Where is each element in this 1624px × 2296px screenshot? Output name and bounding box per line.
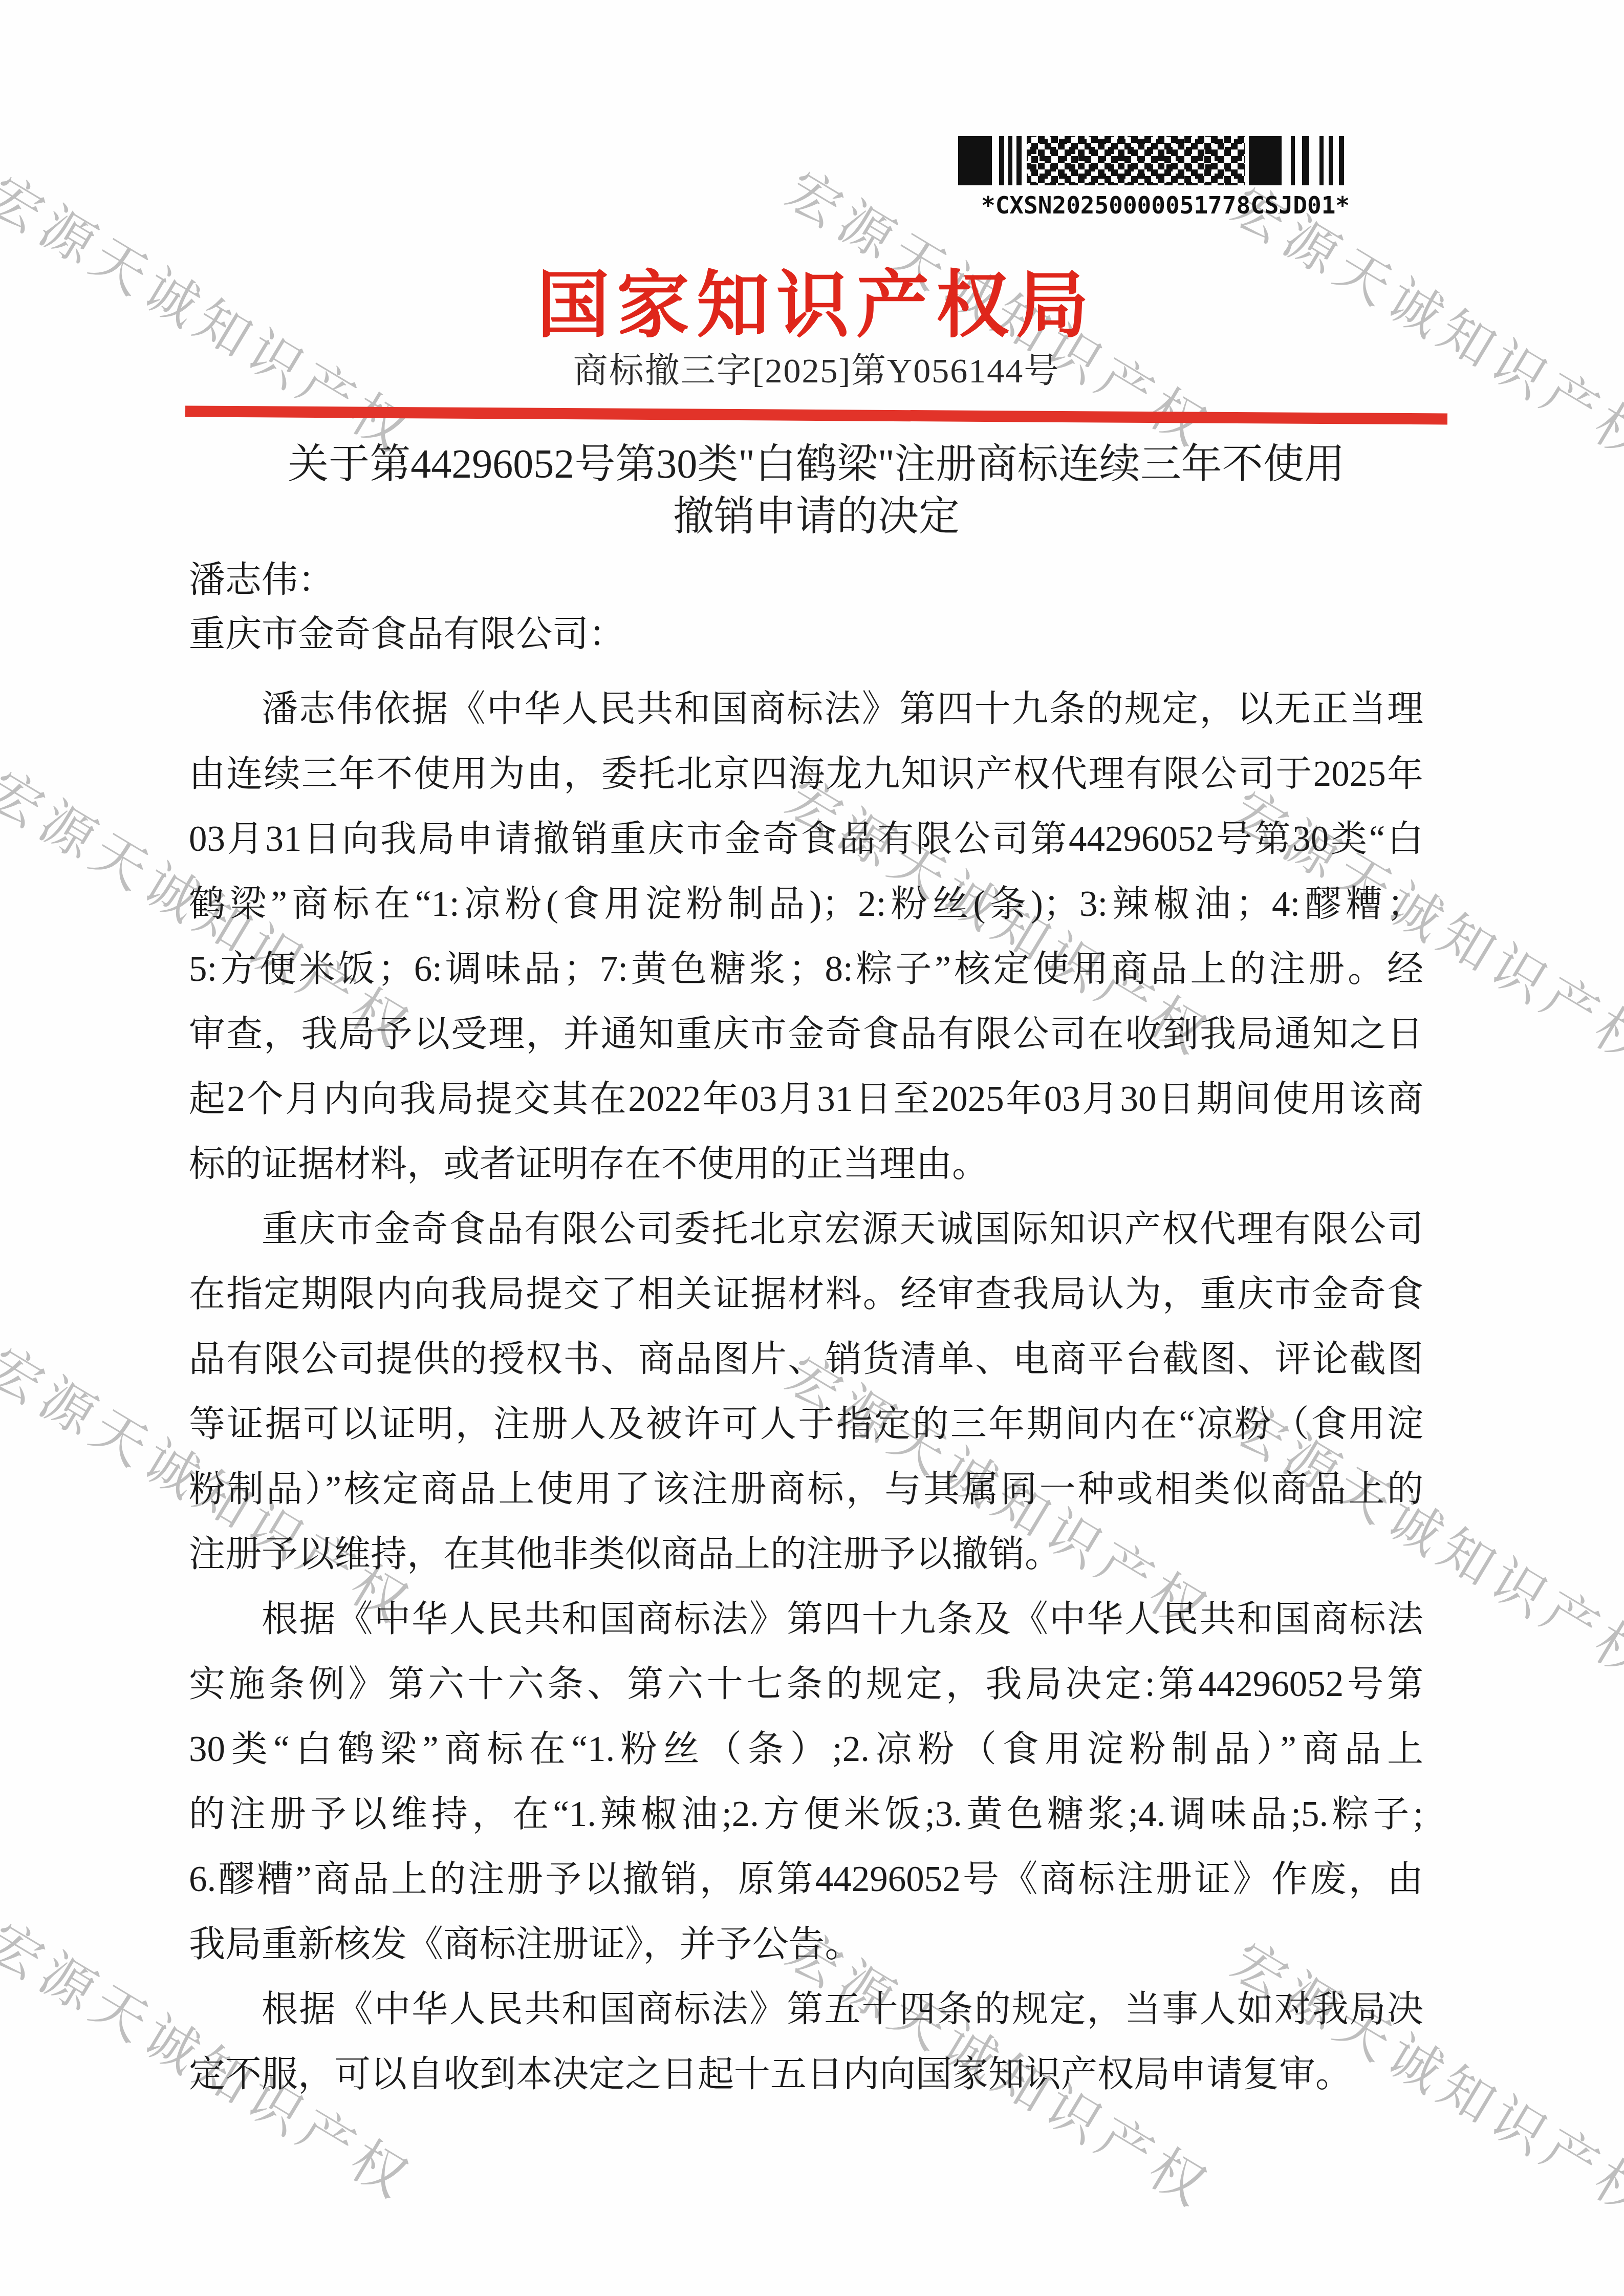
- body-line: 在指定期限内向我局提交了相关证据材料。经审查我局认为，重庆市金奇食: [189, 1262, 1423, 1327]
- body-line: 起2个月内向我局提交其在2022年03月31日至2025年03月30日期间使用该…: [189, 1067, 1423, 1132]
- barcode-text: *CXSN20250000051778CSJD01*: [948, 191, 1383, 219]
- body-line: 审查，我局予以受理，并通知重庆市金奇食品有限公司在收到我局通知之日: [189, 1002, 1423, 1067]
- body-line: 03月31日向我局申请撤销重庆市金奇食品有限公司第44296052号第30类“白: [189, 807, 1423, 872]
- body-line: 根据《中华人民共和国商标法》第五十四条的规定，当事人如对我局决: [189, 1977, 1423, 2042]
- body-line: 30类“白鹤梁”商标在“1.粉丝（条）;2.凉粉（食用淀粉制品）”商品上: [189, 1717, 1423, 1782]
- salutation-line: 重庆市金奇食品有限公司：: [189, 607, 625, 661]
- document-title-line2: 撤销申请的决定: [184, 490, 1448, 543]
- document-title: 关于第44296052号第30类"白鹤梁"注册商标连续三年不使用 撤销申请的决定: [184, 438, 1448, 543]
- body-line: 鹤梁”商标在“1:凉粉(食用淀粉制品)；2:粉丝(条)；3:辣椒油；4:醪糟；: [189, 872, 1423, 937]
- barcode-image: [958, 136, 1373, 188]
- doc-number: 商标撤三字[2025]第Y056144号: [184, 343, 1448, 393]
- body-line: 潘志伟依据《中华人民共和国商标法》第四十九条的规定，以无正当理: [189, 677, 1423, 742]
- body-line: 5:方便米饭；6:调味品；7:黄色糖浆；8:粽子”核定使用商品上的注册。经: [189, 937, 1423, 1002]
- salutation-block: 潘志伟： 重庆市金奇食品有限公司：: [189, 553, 625, 661]
- body-line: 根据《中华人民共和国商标法》第四十九条及《中华人民共和国商标法: [189, 1587, 1423, 1652]
- body-line: 6.醪糟”商品上的注册予以撤销，原第44296052号《商标注册证》作废，由: [189, 1847, 1423, 1912]
- document-body: 潘志伟依据《中华人民共和国商标法》第四十九条的规定，以无正当理 由连续三年不使用…: [189, 677, 1423, 2107]
- body-line: 的注册予以维持，在“1.辣椒油;2.方便米饭;3.黄色糖浆;4.调味品;5.粽子…: [189, 1782, 1423, 1847]
- body-line: 注册予以维持，在其他非类似商品上的注册予以撤销。: [189, 1522, 1423, 1587]
- body-line: 实施条例》第六十六条、第六十七条的规定，我局决定:第44296052号第: [189, 1652, 1423, 1717]
- body-line: 品有限公司提供的授权书、商品图片、销货清单、电商平台截图、评论截图: [189, 1327, 1423, 1392]
- body-line: 粉制品）”核定商品上使用了该注册商标，与其属同一种或相类似商品上的: [189, 1457, 1423, 1522]
- body-line: 定不服，可以自收到本决定之日起十五日内向国家知识产权局申请复审。: [189, 2042, 1423, 2107]
- body-line: 我局重新核发《商标注册证》，并予公告。: [189, 1912, 1423, 1977]
- document-page: 宏源天诚知识产权 宏源天诚知识产权 宏源天诚知识产权 宏源天诚知识产权 宏源天诚…: [0, 0, 1624, 2296]
- agency-title: 国家知识产权局: [184, 247, 1448, 351]
- salutation-line: 潘志伟：: [189, 553, 625, 607]
- document-title-line1: 关于第44296052号第30类"白鹤梁"注册商标连续三年不使用: [184, 438, 1448, 490]
- red-divider: [185, 405, 1447, 424]
- body-line: 等证据可以证明，注册人及被许可人于指定的三年期间内在“凉粉（食用淀: [189, 1392, 1423, 1457]
- body-line: 重庆市金奇食品有限公司委托北京宏源天诚国际知识产权代理有限公司: [189, 1197, 1423, 1262]
- body-line: 标的证据材料，或者证明存在不使用的正当理由。: [189, 1132, 1423, 1197]
- body-line: 由连续三年不使用为由，委托北京四海龙九知识产权代理有限公司于2025年: [189, 742, 1423, 807]
